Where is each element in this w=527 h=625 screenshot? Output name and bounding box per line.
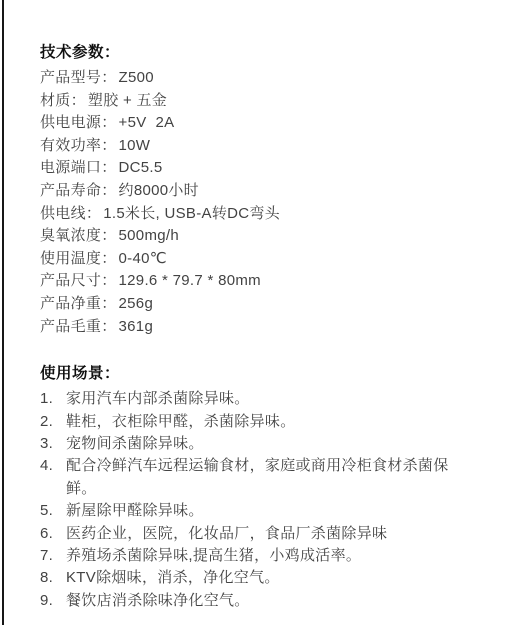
spec-label: 产品净重：: [40, 295, 117, 312]
usage-item: 8.KTV除烟味，消杀，净化空气。: [40, 567, 497, 589]
spec-label: 产品寿命：: [40, 182, 117, 199]
spec-row-temperature: 使用温度：0-40℃: [40, 248, 497, 271]
usage-item-text: 宠物间杀菌除异味。: [66, 433, 462, 455]
tech-section-title: 技术参数：: [40, 44, 497, 62]
usage-item-text: 医药企业，医院，化妆品厂，食品厂杀菌除异味: [66, 523, 462, 545]
usage-item-text: 配合冷鲜汽车远程运输食材，家庭或商用冷柜食材杀菌保鲜。: [66, 455, 462, 500]
usage-item: 1.家用汽车内部杀菌除异味。: [40, 388, 497, 410]
spec-value: 塑胶 + 五金: [88, 92, 167, 109]
spec-label: 电源端口：: [40, 159, 117, 176]
spec-label: 使用温度：: [40, 250, 117, 267]
spec-label: 产品毛重：: [40, 318, 117, 335]
spec-row-ozone: 臭氧浓度：500mg/h: [40, 225, 497, 248]
product-spec-page: 技术参数： 产品型号：Z500 材质：塑胶 + 五金 供电电源：+5V 2A 有…: [0, 0, 527, 625]
usage-item: 3.宠物间杀菌除异味。: [40, 433, 497, 455]
usage-item-number: 5.: [40, 500, 66, 522]
spec-label: 材质：: [40, 92, 86, 109]
spec-row-port: 电源端口：DC5.5: [40, 157, 497, 180]
usage-item: 2.鞋柜，衣柜除甲醛，杀菌除异味。: [40, 411, 497, 433]
usage-item: 9.餐饮店消杀除味净化空气。: [40, 590, 497, 612]
spec-value: +5V 2A: [119, 114, 175, 131]
usage-item-text: 家用汽车内部杀菌除异味。: [66, 388, 462, 410]
spec-value: 1.5米长, USB-A转DC弯头: [103, 205, 280, 222]
spec-value: 256g: [119, 295, 154, 312]
usage-section: 使用场景： 1.家用汽车内部杀菌除异味。 2.鞋柜，衣柜除甲醛，杀菌除异味。 3…: [40, 365, 497, 612]
spec-label: 供电线：: [40, 205, 101, 222]
usage-item: 4.配合冷鲜汽车远程运输食材，家庭或商用冷柜食材杀菌保鲜。: [40, 455, 497, 500]
usage-item-number: 8.: [40, 567, 66, 589]
spec-row-power-supply: 供电电源：+5V 2A: [40, 112, 497, 135]
spec-value: 0-40℃: [119, 250, 167, 267]
tech-spec-list: 产品型号：Z500 材质：塑胶 + 五金 供电电源：+5V 2A 有效功率：10…: [40, 67, 497, 338]
spec-row-model: 产品型号：Z500: [40, 67, 497, 90]
spec-value: Z500: [119, 69, 154, 86]
spec-row-cable: 供电线：1.5米长, USB-A转DC弯头: [40, 203, 497, 226]
spec-label: 臭氧浓度：: [40, 227, 117, 244]
usage-item-number: 7.: [40, 545, 66, 567]
spec-label: 供电电源：: [40, 114, 117, 131]
spec-value: DC5.5: [119, 159, 163, 176]
spec-label: 有效功率：: [40, 137, 117, 154]
usage-list: 1.家用汽车内部杀菌除异味。 2.鞋柜，衣柜除甲醛，杀菌除异味。 3.宠物间杀菌…: [40, 388, 497, 612]
spec-value: 10W: [119, 137, 151, 154]
usage-item-number: 2.: [40, 411, 66, 433]
spec-value: 约8000小时: [119, 182, 199, 199]
usage-item-number: 3.: [40, 433, 66, 455]
spec-row-power: 有效功率：10W: [40, 135, 497, 158]
usage-item: 7.养殖场杀菌除异味,提高生猪，小鸡成活率。: [40, 545, 497, 567]
spec-row-lifespan: 产品寿命：约8000小时: [40, 180, 497, 203]
usage-section-title: 使用场景：: [40, 365, 497, 383]
usage-item-number: 9.: [40, 590, 66, 612]
usage-item-number: 1.: [40, 388, 66, 410]
usage-item: 5.新屋除甲醛除异味。: [40, 500, 497, 522]
spec-value: 361g: [119, 318, 154, 335]
usage-item-text: 鞋柜，衣柜除甲醛，杀菌除异味。: [66, 411, 462, 433]
spec-row-net-weight: 产品净重：256g: [40, 293, 497, 316]
usage-item-text: 养殖场杀菌除异味,提高生猪，小鸡成活率。: [66, 545, 462, 567]
usage-item-text: 餐饮店消杀除味净化空气。: [66, 590, 462, 612]
usage-item-text: 新屋除甲醛除异味。: [66, 500, 462, 522]
spec-label: 产品尺寸：: [40, 272, 117, 289]
page-content: 技术参数： 产品型号：Z500 材质：塑胶 + 五金 供电电源：+5V 2A 有…: [0, 0, 527, 612]
spec-row-gross-weight: 产品毛重：361g: [40, 316, 497, 339]
spec-value: 500mg/h: [119, 227, 179, 244]
spec-row-material: 材质：塑胶 + 五金: [40, 90, 497, 113]
spec-value: 129.6 * 79.7 * 80mm: [119, 272, 261, 289]
spec-label: 产品型号：: [40, 69, 117, 86]
tech-section: 技术参数： 产品型号：Z500 材质：塑胶 + 五金 供电电源：+5V 2A 有…: [40, 44, 497, 338]
usage-item-number: 4.: [40, 455, 66, 500]
usage-item: 6.医药企业，医院，化妆品厂，食品厂杀菌除异味: [40, 523, 497, 545]
left-edge-line: [2, 0, 4, 625]
usage-item-text: KTV除烟味，消杀，净化空气。: [66, 567, 462, 589]
usage-item-number: 6.: [40, 523, 66, 545]
spec-row-dimensions: 产品尺寸：129.6 * 79.7 * 80mm: [40, 270, 497, 293]
